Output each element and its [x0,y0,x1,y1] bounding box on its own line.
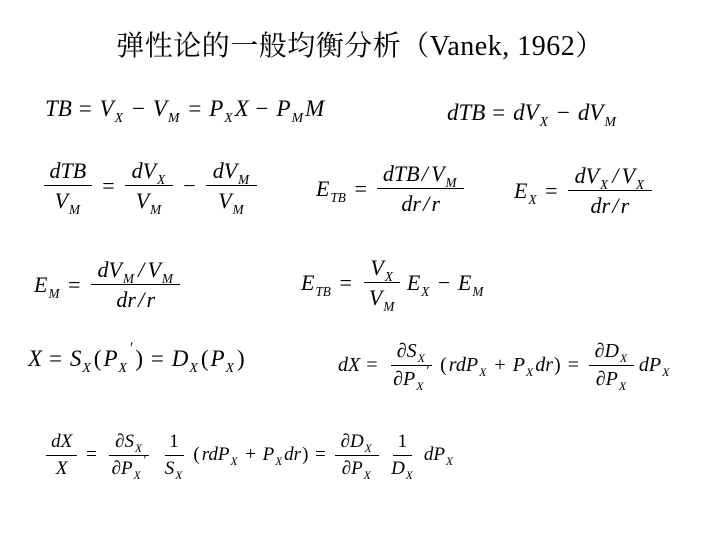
math-ssub: X [662,365,669,380]
math-ssub: X [479,365,486,380]
math-base: dPX [639,354,671,377]
math-ssub: X [115,110,123,126]
math-frac: ∂SX∂PX′ [387,340,435,391]
math-base: VM [147,257,173,282]
math-it: dV [213,158,237,183]
math-paren: ) [302,444,308,466]
math-base: dVX [513,100,549,126]
math-frac: dVMVM [206,158,256,214]
math-base: ∂PX [393,368,424,391]
math-op: = [315,444,326,466]
math-it: dV [513,100,539,126]
math-base: PM [277,96,305,122]
math-base: PX [211,346,236,372]
math-it: V [218,188,231,213]
math-it: P [277,96,291,122]
math-num: 1 [165,431,184,456]
math-ssub: M [69,202,80,217]
formula-trade-balance: TB=VX−VM=PXX−PMM [45,96,324,122]
math-base: DX [391,458,414,480]
math-ssub: X [275,456,282,468]
math-ssub: TB [330,190,345,206]
math-it: rdP [202,444,230,466]
math-num: ∂DX [589,340,635,366]
math-ssub: M [446,175,457,190]
math-it: ∂P [393,368,415,391]
math-den: dr/r [396,189,446,216]
math-frac: dVM/VMdr/r [91,257,180,313]
math-it: dr [116,287,136,312]
math-num: ∂DX [335,431,379,456]
math-base: ∂PX [112,458,142,480]
math-it: V [100,96,114,122]
math-it: X [235,96,249,122]
math-op: − [183,173,195,199]
math-ssub: X [226,360,234,376]
math-num: VX [364,255,401,283]
math-den: dr/r [585,191,635,218]
math-frac: dXX [46,431,77,480]
math-num: ∂SX [391,340,432,366]
math-base: EX [407,270,431,296]
math-ssub: X [421,284,429,300]
math-it: P [513,354,525,377]
math-it: dP [639,354,661,377]
math-base: ∂PX [596,368,627,391]
math-it: V [622,163,635,188]
math-paren: ) [135,346,143,372]
math-op: = [68,272,80,298]
math-paren: ( [193,444,199,466]
slide-title: 弹性论的一般均衡分析（Vanek, 1962） [0,24,720,64]
math-it: r [621,193,630,218]
math-frac: VXVM [362,255,401,311]
formula-supply-demand: X=SX(PX′)=DX(PX) [28,346,246,372]
math-den: VM [48,186,87,213]
math-slash: / [612,163,618,188]
math-it: dr [401,191,421,216]
math-num: 1 [393,431,412,456]
math-base: PX [103,346,128,372]
math-it: dr [535,354,553,377]
math-base: dVM [213,158,250,183]
math-base: VM [136,188,162,213]
math-den: ∂PX′ [106,456,152,480]
math-it: M [305,96,324,122]
math-it: dX [338,354,360,377]
math-den: ∂PX [590,366,633,391]
math-it: r [431,191,440,216]
math-op: − [438,270,450,296]
math-ssub: M [168,110,180,126]
math-ssub: X [134,470,141,483]
math-base: VM [153,96,181,122]
math-it: P [103,346,117,372]
math-ssub: X [231,456,238,468]
math-it: ∂P [112,458,133,480]
math-ssub: X [416,380,423,394]
math-op: = [49,346,62,372]
math-num: dTB [44,158,92,186]
math-num: dVX [125,158,173,186]
math-it: dr [591,193,611,218]
math-slash: / [612,193,618,218]
math-op: + [494,354,505,377]
math-base: VM [431,161,457,186]
math-ssub: M [292,110,304,126]
math-ssub: X [418,352,425,366]
math-it: r [146,287,155,312]
math-base: ETB [301,270,332,296]
math-it: S [165,458,175,480]
math-ssub: X [364,470,371,483]
math-it: E [514,178,527,204]
math-op: = [86,444,97,466]
math-it: ∂D [595,340,619,363]
math-paren: ) [237,346,245,372]
math-base: PX [513,354,535,377]
math-frac: ∂DX∂PX [589,340,635,391]
formula-elasticity-tb: ETB=dTB/VMdr/r [315,161,468,217]
math-ssub: X [135,443,142,456]
math-base: ∂DX [595,340,629,363]
math-it: V [370,255,383,280]
math-den: DX [385,456,419,480]
math-ssub: M [48,286,59,302]
math-base: ∂SX [397,340,426,363]
math-base: rdPX [449,354,488,377]
math-ssub: M [383,299,394,314]
math-base: PX [263,444,284,466]
math-base: rdPX [202,444,239,466]
math-it: ∂P [342,458,363,480]
math-it: S [70,346,82,372]
math-den: SX [159,456,189,480]
math-op: = [188,96,201,122]
math-num: dVM [206,158,256,186]
math-frac: dVXVM [125,158,173,214]
math-paren: ( [201,346,209,372]
math-op: = [366,354,377,377]
math-paren: ) [554,354,561,377]
math-op: − [132,96,145,122]
math-op: = [102,173,114,199]
math-ssub: X [119,360,127,376]
math-it: E [316,176,329,202]
math-ssub: X [620,352,627,366]
math-ssub: X [82,360,90,376]
math-it: dTB [447,100,485,126]
math-base: VM [218,188,244,213]
math-it: D [391,458,405,480]
math-it: P [263,444,275,466]
math-op: − [557,100,570,126]
math-ssub: X [365,443,372,456]
math-den: X [51,456,72,480]
math-base: ETB [316,176,347,202]
math-it: P [209,96,223,122]
formula-dx: dX=∂SX∂PX′(rdPX+PXdr)=∂DX∂PXdPX [338,340,671,391]
math-den: VM [129,186,168,213]
math-op: = [492,100,505,126]
math-den: ∂PX [336,456,377,480]
math-paren: ( [440,354,447,377]
math-base: VX [622,163,646,188]
math-it: V [136,188,149,213]
math-it: X [28,346,42,372]
math-base: DX [172,346,199,372]
math-ssub: M [233,202,244,217]
math-base: ∂SX [115,431,143,453]
math-it: E [458,270,471,296]
math-base: dVX [575,163,610,188]
math-base: SX [165,458,183,480]
math-base: EM [34,272,60,298]
math-base: dPX [424,444,454,466]
math-den: dr/r [111,285,161,312]
math-it: dV [98,257,122,282]
math-paren: ( [94,346,102,372]
math-ssub: X [540,114,548,130]
math-ssub: X [600,177,608,192]
math-base: ∂PX [342,458,372,480]
math-ssub: X [385,269,393,284]
math-op: = [545,178,557,204]
math-it: dV [132,158,156,183]
formula-tb-ratio: dTBVM=dVXVM−dVMVM [40,158,261,214]
math-base: ∂DX [341,431,373,453]
math-num: dVM/VM [91,257,180,285]
math-it: P [211,346,225,372]
math-base: PX [209,96,234,122]
math-ssub: M [150,202,161,217]
math-it: X [56,458,68,480]
math-base: SX [70,346,92,372]
math-base: EM [458,270,484,296]
math-op: + [245,444,256,466]
math-den: VM [362,283,401,310]
math-op: = [354,176,366,202]
math-num: dVX/VX [568,163,652,191]
math-frac: ∂SX∂PX′ [106,431,152,480]
math-it: dV [578,100,604,126]
math-ssub: M [123,271,134,286]
math-it: dV [575,163,599,188]
math-den: VM [212,186,251,213]
math-base: VM [369,285,395,310]
math-it: ∂S [115,431,134,453]
math-frac: 1SX [159,431,189,480]
math-it: E [301,270,314,296]
math-frac: ∂DX∂PX [335,431,379,480]
math-den: ∂PX′ [387,366,435,391]
math-slash: / [138,257,144,282]
math-rm: 1 [169,431,179,453]
math-ssub: X [224,110,232,126]
math-ssub: X [189,360,197,376]
math-ssub: M [162,271,173,286]
math-ssub: X [175,470,182,483]
math-it: E [407,270,420,296]
math-it: ∂S [397,340,417,363]
math-prime: ′ [130,340,133,358]
math-op: = [151,346,164,372]
math-it: dTB [383,161,420,186]
math-ssub: X [636,177,644,192]
math-it: ∂D [341,431,364,453]
math-it: TB [45,96,72,122]
formula-trade-balance-diff: dTB=dVX−dVM [447,100,618,126]
math-base: dVM [578,100,617,126]
math-op: = [79,96,92,122]
math-it: dX [51,431,72,453]
math-frac: dVX/VXdr/r [568,163,652,219]
math-ssub: X [446,456,453,468]
math-ssub: M [604,114,616,130]
math-it: dP [424,444,445,466]
math-it: rdP [449,354,478,377]
math-base: dVM [98,257,135,282]
math-base: dVX [132,158,167,183]
math-ssub: TB [315,284,330,300]
math-frac: dTBVM [44,158,92,214]
math-base: VX [100,96,125,122]
math-slash: / [422,161,428,186]
math-num: dTB/VM [377,161,464,189]
math-base: VX [370,255,394,280]
formula-elasticity-export: EX=dVX/VXdr/r [513,163,656,219]
formula-etb-decomposition: ETB=VXVMEX−EM [300,255,485,311]
slide: 弹性论的一般均衡分析（Vanek, 1962） TB=VX−VM=PXX−PMM… [0,0,720,540]
math-slash: / [138,287,144,312]
math-it: V [147,257,160,282]
math-rm: 1 [398,431,408,453]
math-op: = [339,270,351,296]
math-it: V [153,96,167,122]
math-slash: / [423,191,429,216]
math-ssub: X [528,192,536,208]
math-it: D [172,346,189,372]
math-prime: ′ [144,453,147,468]
math-prime: ′ [427,363,430,379]
math-ssub: M [472,284,483,300]
math-it: E [34,272,47,298]
math-op: = [568,354,579,377]
math-num: dX [46,431,77,456]
formula-dx-ratio: dXX=∂SX∂PX′1SX(rdPX+PXdr)=∂DX∂PX1DXdPX [43,431,455,480]
math-base: EX [514,178,538,204]
math-it: V [369,285,382,310]
math-it: dr [284,444,301,466]
math-ssub: M [238,172,249,187]
math-it: V [431,161,444,186]
math-frac: dTB/VMdr/r [377,161,464,217]
math-it: ∂P [596,368,618,391]
math-ssub: X [526,365,533,380]
math-frac: 1DX [385,431,419,480]
math-it: V [55,188,68,213]
math-base: VM [55,188,81,213]
math-ssub: X [157,172,165,187]
math-op: − [256,96,269,122]
math-ssub: X [406,470,413,483]
math-it: dTB [49,158,86,183]
math-num: ∂SX [109,431,148,456]
math-ssub: X [619,380,626,394]
formula-elasticity-import: EM=dVM/VMdr/r [33,257,184,313]
